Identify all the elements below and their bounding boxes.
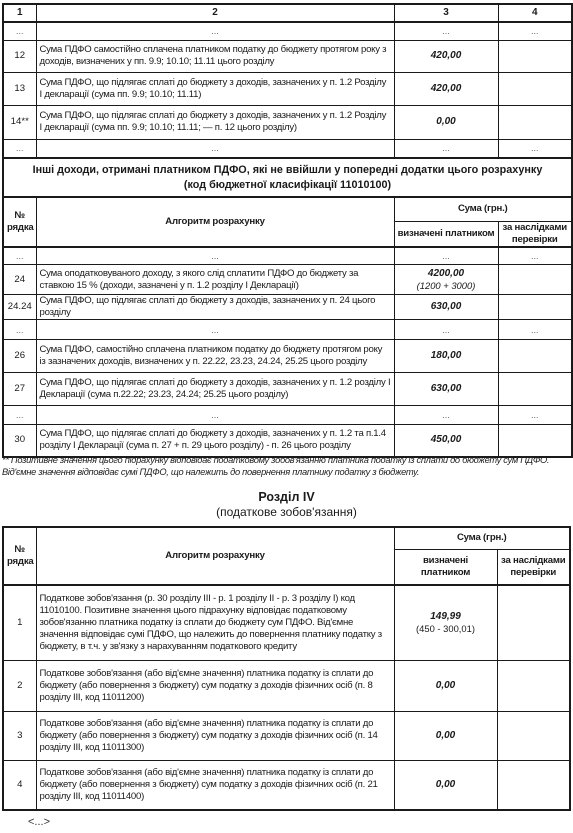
ellipsis: ... bbox=[36, 247, 394, 265]
audit-sum bbox=[497, 760, 570, 810]
ellipsis: ... bbox=[3, 320, 36, 340]
column-number-row: 1 2 3 4 bbox=[3, 4, 572, 22]
audit-sum bbox=[498, 265, 572, 295]
column-number: 3 bbox=[394, 4, 498, 22]
table-row: 24 Сума оподатковуваного доходу, з якого… bbox=[3, 265, 572, 295]
ellipsis: ... bbox=[394, 22, 498, 40]
payer-sum: 149,99 (450 - 300,01) bbox=[394, 585, 497, 660]
payer-sum: 0,00 bbox=[394, 760, 497, 810]
table-row: 2 Податкове зобов'язання (або від'ємне з… bbox=[3, 660, 570, 711]
ellipsis-row: ... ... ... ... bbox=[3, 406, 572, 425]
header-sum: Сума (грн.) bbox=[394, 527, 570, 549]
audit-sum bbox=[498, 373, 572, 406]
table-row: 4 Податкове зобов'язання (або від'ємне з… bbox=[3, 760, 570, 810]
payer-sum-value: 149,99 bbox=[430, 611, 461, 622]
row-number: 27 bbox=[3, 373, 36, 406]
audit-sum bbox=[498, 340, 572, 373]
section-header-row: Інші доходи, отримані платником ПДФО, як… bbox=[3, 158, 572, 197]
row-number: 4 bbox=[3, 760, 36, 810]
ellipsis-row: ... ... ... ... bbox=[3, 247, 572, 265]
audit-sum bbox=[498, 40, 572, 72]
ellipsis-row: ... ... ... ... bbox=[3, 139, 572, 158]
row-number: 24.24 bbox=[3, 295, 36, 320]
row-number: 2 bbox=[3, 660, 36, 711]
row-description: Сума ПДФО, що підлягає сплаті до бюджету… bbox=[36, 295, 394, 320]
ellipsis: ... bbox=[394, 320, 498, 340]
footnote: ** Позитивне значення цього підрахунку в… bbox=[2, 454, 571, 478]
tax-liability-table: № рядка Алгоритм розрахунку Сума (грн.) … bbox=[2, 526, 571, 811]
ellipsis: ... bbox=[498, 320, 572, 340]
column-header-row: № рядка Алгоритм розрахунку Сума (грн.) bbox=[3, 197, 572, 221]
table-row: 14** Сума ПДФО, що підлягає сплаті до бю… bbox=[3, 105, 572, 139]
table-row: 24.24 Сума ПДФО, що підлягає сплаті до б… bbox=[3, 295, 572, 320]
payer-sum: 0,00 bbox=[394, 105, 498, 139]
table-row: 1 Податкове зобов'язання (р. 30 розділу … bbox=[3, 585, 570, 660]
row-number: 1 bbox=[3, 585, 36, 660]
table-row: 30 Сума ПДФО, що підлягає сплаті до бюдж… bbox=[3, 425, 572, 457]
column-number: 4 bbox=[498, 4, 572, 22]
row-number: 14** bbox=[3, 105, 36, 139]
table-row: 26 Сума ПДФО, самостійно сплачена платни… bbox=[3, 340, 572, 373]
ellipsis: ... bbox=[3, 139, 36, 158]
payer-sum: 420,00 bbox=[394, 40, 498, 72]
ellipsis: ... bbox=[36, 406, 394, 425]
ellipsis: ... bbox=[3, 406, 36, 425]
continuation-marker: <...> bbox=[28, 816, 50, 828]
row-number: 26 bbox=[3, 340, 36, 373]
audit-sum bbox=[498, 425, 572, 457]
audit-sum bbox=[498, 105, 572, 139]
ellipsis: ... bbox=[394, 247, 498, 265]
row-description: Сума ПДФО, що підлягає сплаті до бюджету… bbox=[36, 72, 394, 105]
column-number: 1 bbox=[3, 4, 36, 22]
audit-sum bbox=[497, 585, 570, 660]
row-description: Сума ПДФО, що підлягає сплаті до бюджету… bbox=[36, 425, 394, 457]
row-description: Податкове зобов'язання (р. 30 розділу ІІ… bbox=[36, 585, 394, 660]
header-by-audit: за наслідками перевірки bbox=[498, 221, 572, 247]
section-subtitle: (податкове зобов'язання) bbox=[0, 505, 573, 519]
ellipsis: ... bbox=[394, 139, 498, 158]
header-by-payer: визначені платником bbox=[394, 549, 497, 585]
table-row: 3 Податкове зобов'язання (або від'ємне з… bbox=[3, 711, 570, 760]
payer-sum-value: 4200,00 bbox=[428, 268, 464, 279]
row-description: Податкове зобов'язання (або від'ємне зна… bbox=[36, 711, 394, 760]
payer-sum: 450,00 bbox=[394, 425, 498, 457]
section-header-code: (код бюджетної класифікації 11010100) bbox=[7, 178, 568, 193]
row-number: 30 bbox=[3, 425, 36, 457]
payer-sum-note: (450 - 300,01) bbox=[398, 623, 494, 635]
ellipsis: ... bbox=[36, 139, 394, 158]
ellipsis: ... bbox=[498, 139, 572, 158]
payer-sum: 630,00 bbox=[394, 373, 498, 406]
header-by-payer: визначені платником bbox=[394, 221, 498, 247]
header-sum: Сума (грн.) bbox=[394, 197, 572, 221]
payer-sum: 0,00 bbox=[394, 711, 497, 760]
payer-sum: 4200,00 (1200 + 3000) bbox=[394, 265, 498, 295]
header-row-number: № рядка bbox=[3, 527, 36, 585]
row-description: Сума ПДФО, що підлягає сплаті до бюджету… bbox=[36, 373, 394, 406]
payer-sum: 420,00 bbox=[394, 72, 498, 105]
section-header-title: Інші доходи, отримані платником ПДФО, як… bbox=[7, 163, 568, 178]
audit-sum bbox=[498, 295, 572, 320]
ellipsis-row: ... ... ... ... bbox=[3, 320, 572, 340]
column-header-row: № рядка Алгоритм розрахунку Сума (грн.) bbox=[3, 527, 570, 549]
audit-sum bbox=[498, 72, 572, 105]
header-row-number: № рядка bbox=[3, 197, 36, 247]
payer-sum-note: (1200 + 3000) bbox=[398, 280, 495, 292]
audit-sum bbox=[497, 660, 570, 711]
header-algorithm: Алгоритм розрахунку bbox=[36, 527, 394, 585]
table-row: 27 Сума ПДФО, що підлягає сплаті до бюдж… bbox=[3, 373, 572, 406]
row-description: Сума оподатковуваного доходу, з якого сл… bbox=[36, 265, 394, 295]
header-algorithm: Алгоритм розрахунку bbox=[36, 197, 394, 247]
header-by-audit: за наслідками перевірки bbox=[497, 549, 570, 585]
row-description: Сума ПДФО, що підлягає сплаті до бюджету… bbox=[36, 105, 394, 139]
ellipsis: ... bbox=[3, 22, 36, 40]
ellipsis: ... bbox=[36, 22, 394, 40]
ellipsis: ... bbox=[498, 247, 572, 265]
row-description: Податкове зобов'язання (або від'ємне зна… bbox=[36, 660, 394, 711]
row-number: 3 bbox=[3, 711, 36, 760]
section-header: Інші доходи, отримані платником ПДФО, як… bbox=[3, 158, 572, 197]
ellipsis: ... bbox=[498, 406, 572, 425]
payer-sum: 0,00 bbox=[394, 660, 497, 711]
table-row: 13 Сума ПДФО, що підлягає сплаті до бюдж… bbox=[3, 72, 572, 105]
row-description: Податкове зобов'язання (або від'ємне зна… bbox=[36, 760, 394, 810]
table-row: 12 Сума ПДФО самостійно сплачена платник… bbox=[3, 40, 572, 72]
audit-sum bbox=[497, 711, 570, 760]
row-description: Сума ПДФО, самостійно сплачена платником… bbox=[36, 340, 394, 373]
pdfo-calculation-table: 1 2 3 4 ... ... ... ... 12 Сума ПДФО сам… bbox=[2, 3, 573, 458]
row-number: 24 bbox=[3, 265, 36, 295]
ellipsis: ... bbox=[394, 406, 498, 425]
section-title: Розділ IV bbox=[0, 490, 573, 504]
ellipsis: ... bbox=[36, 320, 394, 340]
row-number: 13 bbox=[3, 72, 36, 105]
payer-sum: 630,00 bbox=[394, 295, 498, 320]
ellipsis-row: ... ... ... ... bbox=[3, 22, 572, 40]
row-description: Сума ПДФО самостійно сплачена платником … bbox=[36, 40, 394, 72]
payer-sum: 180,00 bbox=[394, 340, 498, 373]
row-number: 12 bbox=[3, 40, 36, 72]
ellipsis: ... bbox=[498, 22, 572, 40]
ellipsis: ... bbox=[3, 247, 36, 265]
column-number: 2 bbox=[36, 4, 394, 22]
